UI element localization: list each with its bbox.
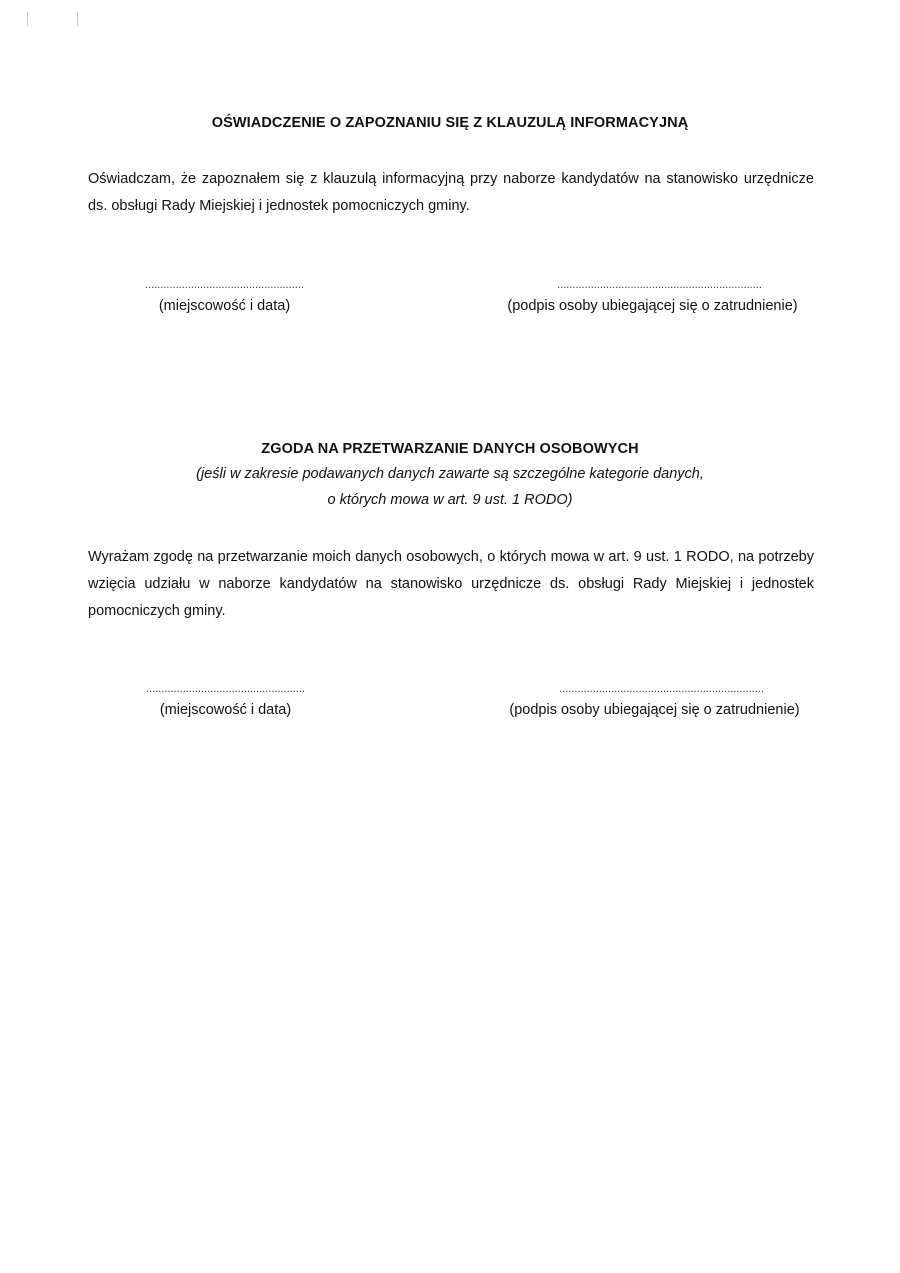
- section1-signature-right: ........................................…: [500, 278, 805, 314]
- signature-line: ........................................…: [502, 682, 807, 696]
- section2-subtitle-line1: (jeśli w zakresie podawanych danych zawa…: [0, 461, 900, 487]
- signature-line: ........................................…: [113, 682, 338, 696]
- signature-line: ........................................…: [112, 278, 337, 292]
- scan-artifact: [27, 12, 28, 26]
- scan-artifact: [77, 12, 78, 26]
- section2-paragraph: Wyrażam zgodę na przetwarzanie moich dan…: [88, 544, 814, 625]
- signature-line: ........................................…: [500, 278, 805, 292]
- section2-signature-right: ........................................…: [502, 682, 807, 718]
- section2-signature-left: ........................................…: [113, 682, 338, 718]
- section1-title: OŚWIADCZENIE O ZAPOZNANIU SIĘ Z KLAUZULĄ…: [0, 115, 900, 131]
- section2-title: ZGODA NA PRZETWARZANIE DANYCH OSOBOWYCH: [0, 441, 900, 457]
- section2-subtitle-line2: o których mowa w art. 9 ust. 1 RODO): [0, 487, 900, 513]
- document-page: OŚWIADCZENIE O ZAPOZNANIU SIĘ Z KLAUZULĄ…: [0, 0, 900, 1273]
- section1-signature-left: ........................................…: [112, 278, 337, 314]
- signature-caption: (miejscowość i data): [113, 702, 338, 718]
- section1-paragraph: Oświadczam, że zapoznałem się z klauzulą…: [88, 166, 814, 220]
- signature-caption: (miejscowość i data): [112, 298, 337, 314]
- signature-caption: (podpis osoby ubiegającej się o zatrudni…: [502, 702, 807, 718]
- signature-caption: (podpis osoby ubiegającej się o zatrudni…: [500, 298, 805, 314]
